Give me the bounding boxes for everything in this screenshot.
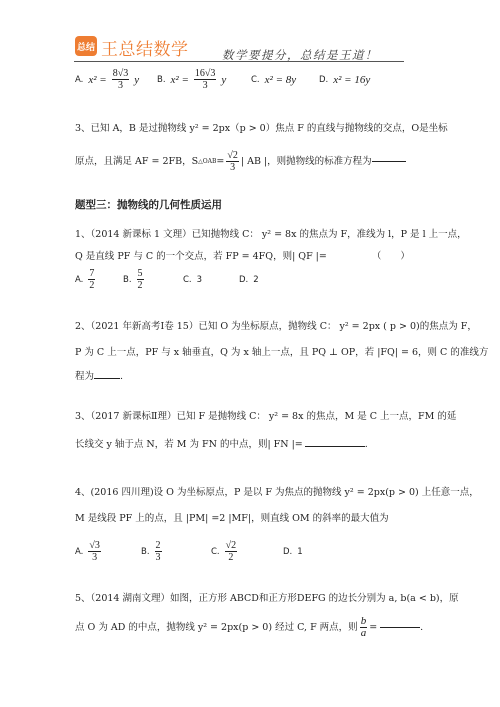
q4-option-a: A.√33 [75, 540, 141, 563]
fraction: 8√33 [112, 68, 130, 91]
q4-options: A.√33 B.23 C.√22 D.1 [75, 540, 303, 563]
text: 原点，且满足 AF = 2FB，S [75, 155, 198, 169]
denominator: 3 [118, 80, 123, 91]
option-expr: x² = [171, 73, 189, 87]
q1-line1: 1、（2014 新课标 1 文理）已知抛物线 C： y² = 8x 的焦点为 F… [75, 228, 467, 242]
q4-line2: M 是线段 PF 上的点，且 |PM| =2 |MF|，则直线 OM 的斜率的最… [75, 512, 389, 526]
option-value: 3 [197, 273, 202, 287]
numerator: √2 [226, 150, 239, 162]
option-label: B. [123, 273, 132, 287]
option-label: D. [239, 273, 248, 287]
text: 长线交 y 轴于点 N，若 M 为 FN 的中点，则| FN |= [75, 439, 303, 450]
prev-options: A. x² = 8√33 y B. x² = 16√33 y C. x² = 8… [75, 68, 370, 91]
numerator: 8√3 [112, 68, 130, 80]
fraction: 23 [155, 540, 162, 563]
q4-line1: 4、(2016 四川理)设 O 为坐标原点，P 是以 F 为焦点的抛物线 y² … [75, 486, 479, 500]
option-expr: x² = [88, 73, 106, 87]
subscript: △OAB [198, 155, 216, 169]
fraction: √22 [225, 540, 238, 563]
fraction: 16√33 [194, 68, 217, 91]
denominator: a [361, 628, 367, 639]
text: . [420, 621, 423, 635]
prev-option-d: D. x² = 16y [319, 73, 370, 87]
section-title: 题型三：抛物线的几何性质运用 [75, 198, 222, 212]
denominator: 3 [230, 162, 235, 173]
option-label: B. [141, 545, 150, 559]
q4-option-b: B.23 [141, 540, 211, 563]
text: 点 O 为 AD 的中点，抛物线 y² = 2px(p > 0) 经过 C, F… [75, 621, 358, 635]
prev-option-a: A. x² = 8√33 y [75, 68, 155, 91]
option-expr: x² = 16y [333, 73, 370, 87]
answer-blank[interactable] [380, 627, 420, 628]
answer-blank[interactable] [372, 161, 406, 162]
answer-blank[interactable] [94, 378, 120, 379]
fraction: ba [360, 616, 368, 639]
fraction: 72 [88, 268, 95, 291]
option-value: 2 [253, 273, 258, 287]
option-value: 1 [297, 545, 302, 559]
denominator: 3 [203, 80, 208, 91]
denominator: 2 [89, 280, 94, 291]
text: Q 是直线 PF 与 C 的一个交点，若 FP = 4FQ，则| QF |= [75, 251, 327, 262]
q1-line2: Q 是直线 PF 与 C 的一个交点，若 FP = 4FQ，则| QF |= （… [75, 250, 410, 264]
prev-option-c: C. x² = 8y [251, 73, 319, 87]
option-label: B. [157, 73, 166, 87]
q2-line1: 2、（2021 年新高考Ⅰ卷 15）已知 O 为坐标原点，抛物线 C： y² =… [75, 320, 477, 334]
option-label: A. [75, 273, 83, 287]
option-expr: x² = 8y [265, 73, 297, 87]
text: 程为 [75, 371, 94, 382]
q1-option-a: A.72 [75, 268, 123, 291]
denominator: 3 [156, 552, 161, 563]
numerator: 5 [137, 268, 144, 280]
q2-line2: P 为 C 上一点，PF 与 x 轴垂直，Q 为 x 轴上一点，且 PQ ⊥ O… [75, 346, 488, 360]
prev-option-b: B. x² = 16√33 y [157, 68, 251, 91]
q3-line2: 长线交 y 轴于点 N，若 M 为 FN 的中点，则| FN |=. [75, 438, 368, 452]
answer-paren: （ ） [372, 251, 410, 262]
option-label: C. [251, 73, 260, 87]
denominator: 2 [138, 280, 143, 291]
option-label: D. [283, 545, 292, 559]
denominator: 3 [92, 552, 97, 563]
q1-option-c: C.3 [183, 273, 239, 287]
option-tail: y [221, 73, 226, 87]
numerator: 16√3 [194, 68, 217, 80]
q1-options: A.72 B.52 C.3 D.2 [75, 268, 259, 291]
prev-q3-line1: 3、已知 A，B 是过抛物线 y² = 2px（p > 0）焦点 F 的直线与抛… [75, 122, 448, 136]
option-label: C. [183, 273, 192, 287]
numerator: √3 [88, 540, 101, 552]
fraction: √33 [88, 540, 101, 563]
text: = [216, 155, 224, 169]
fraction: √23 [226, 150, 239, 173]
q4-option-c: C.√22 [211, 540, 283, 563]
text: = [369, 621, 377, 635]
text: . [120, 371, 123, 382]
numerator: √2 [225, 540, 238, 552]
logo-text: 王总结数学 [101, 35, 189, 60]
header-divider [74, 61, 404, 62]
denominator: 2 [228, 552, 233, 563]
q2-line3: 程为. [75, 370, 123, 384]
option-tail: y [134, 73, 139, 87]
text: | AB |，则抛物线的标准方程为 [241, 155, 372, 169]
fraction: 52 [137, 268, 144, 291]
option-label: A. [75, 73, 83, 87]
answer-blank[interactable] [305, 446, 365, 447]
numerator: 7 [88, 268, 95, 280]
logo-badge: 总结 [75, 36, 97, 56]
option-label: D. [319, 73, 328, 87]
numerator: 2 [155, 540, 162, 552]
q1-option-d: D.2 [239, 273, 259, 287]
q1-option-b: B.52 [123, 268, 183, 291]
q5-line1: 5、（2014 湖南文理）如图，正方形 ABCD和正方形DEFG 的边长分别为 … [75, 592, 459, 606]
option-label: A. [75, 545, 83, 559]
q4-option-d: D.1 [283, 545, 303, 559]
q5-line2: 点 O 为 AD 的中点，抛物线 y² = 2px(p > 0) 经过 C, F… [75, 616, 423, 639]
option-label: C. [211, 545, 220, 559]
q3-line1: 3、（2017 新课标Ⅱ理）已知 F 是抛物线 C： y² = 8x 的焦点，M… [75, 410, 456, 424]
prev-q3-line2: 原点，且满足 AF = 2FB，S△OAB = √23 | AB |，则抛物线的… [75, 150, 406, 173]
text: . [365, 439, 368, 450]
